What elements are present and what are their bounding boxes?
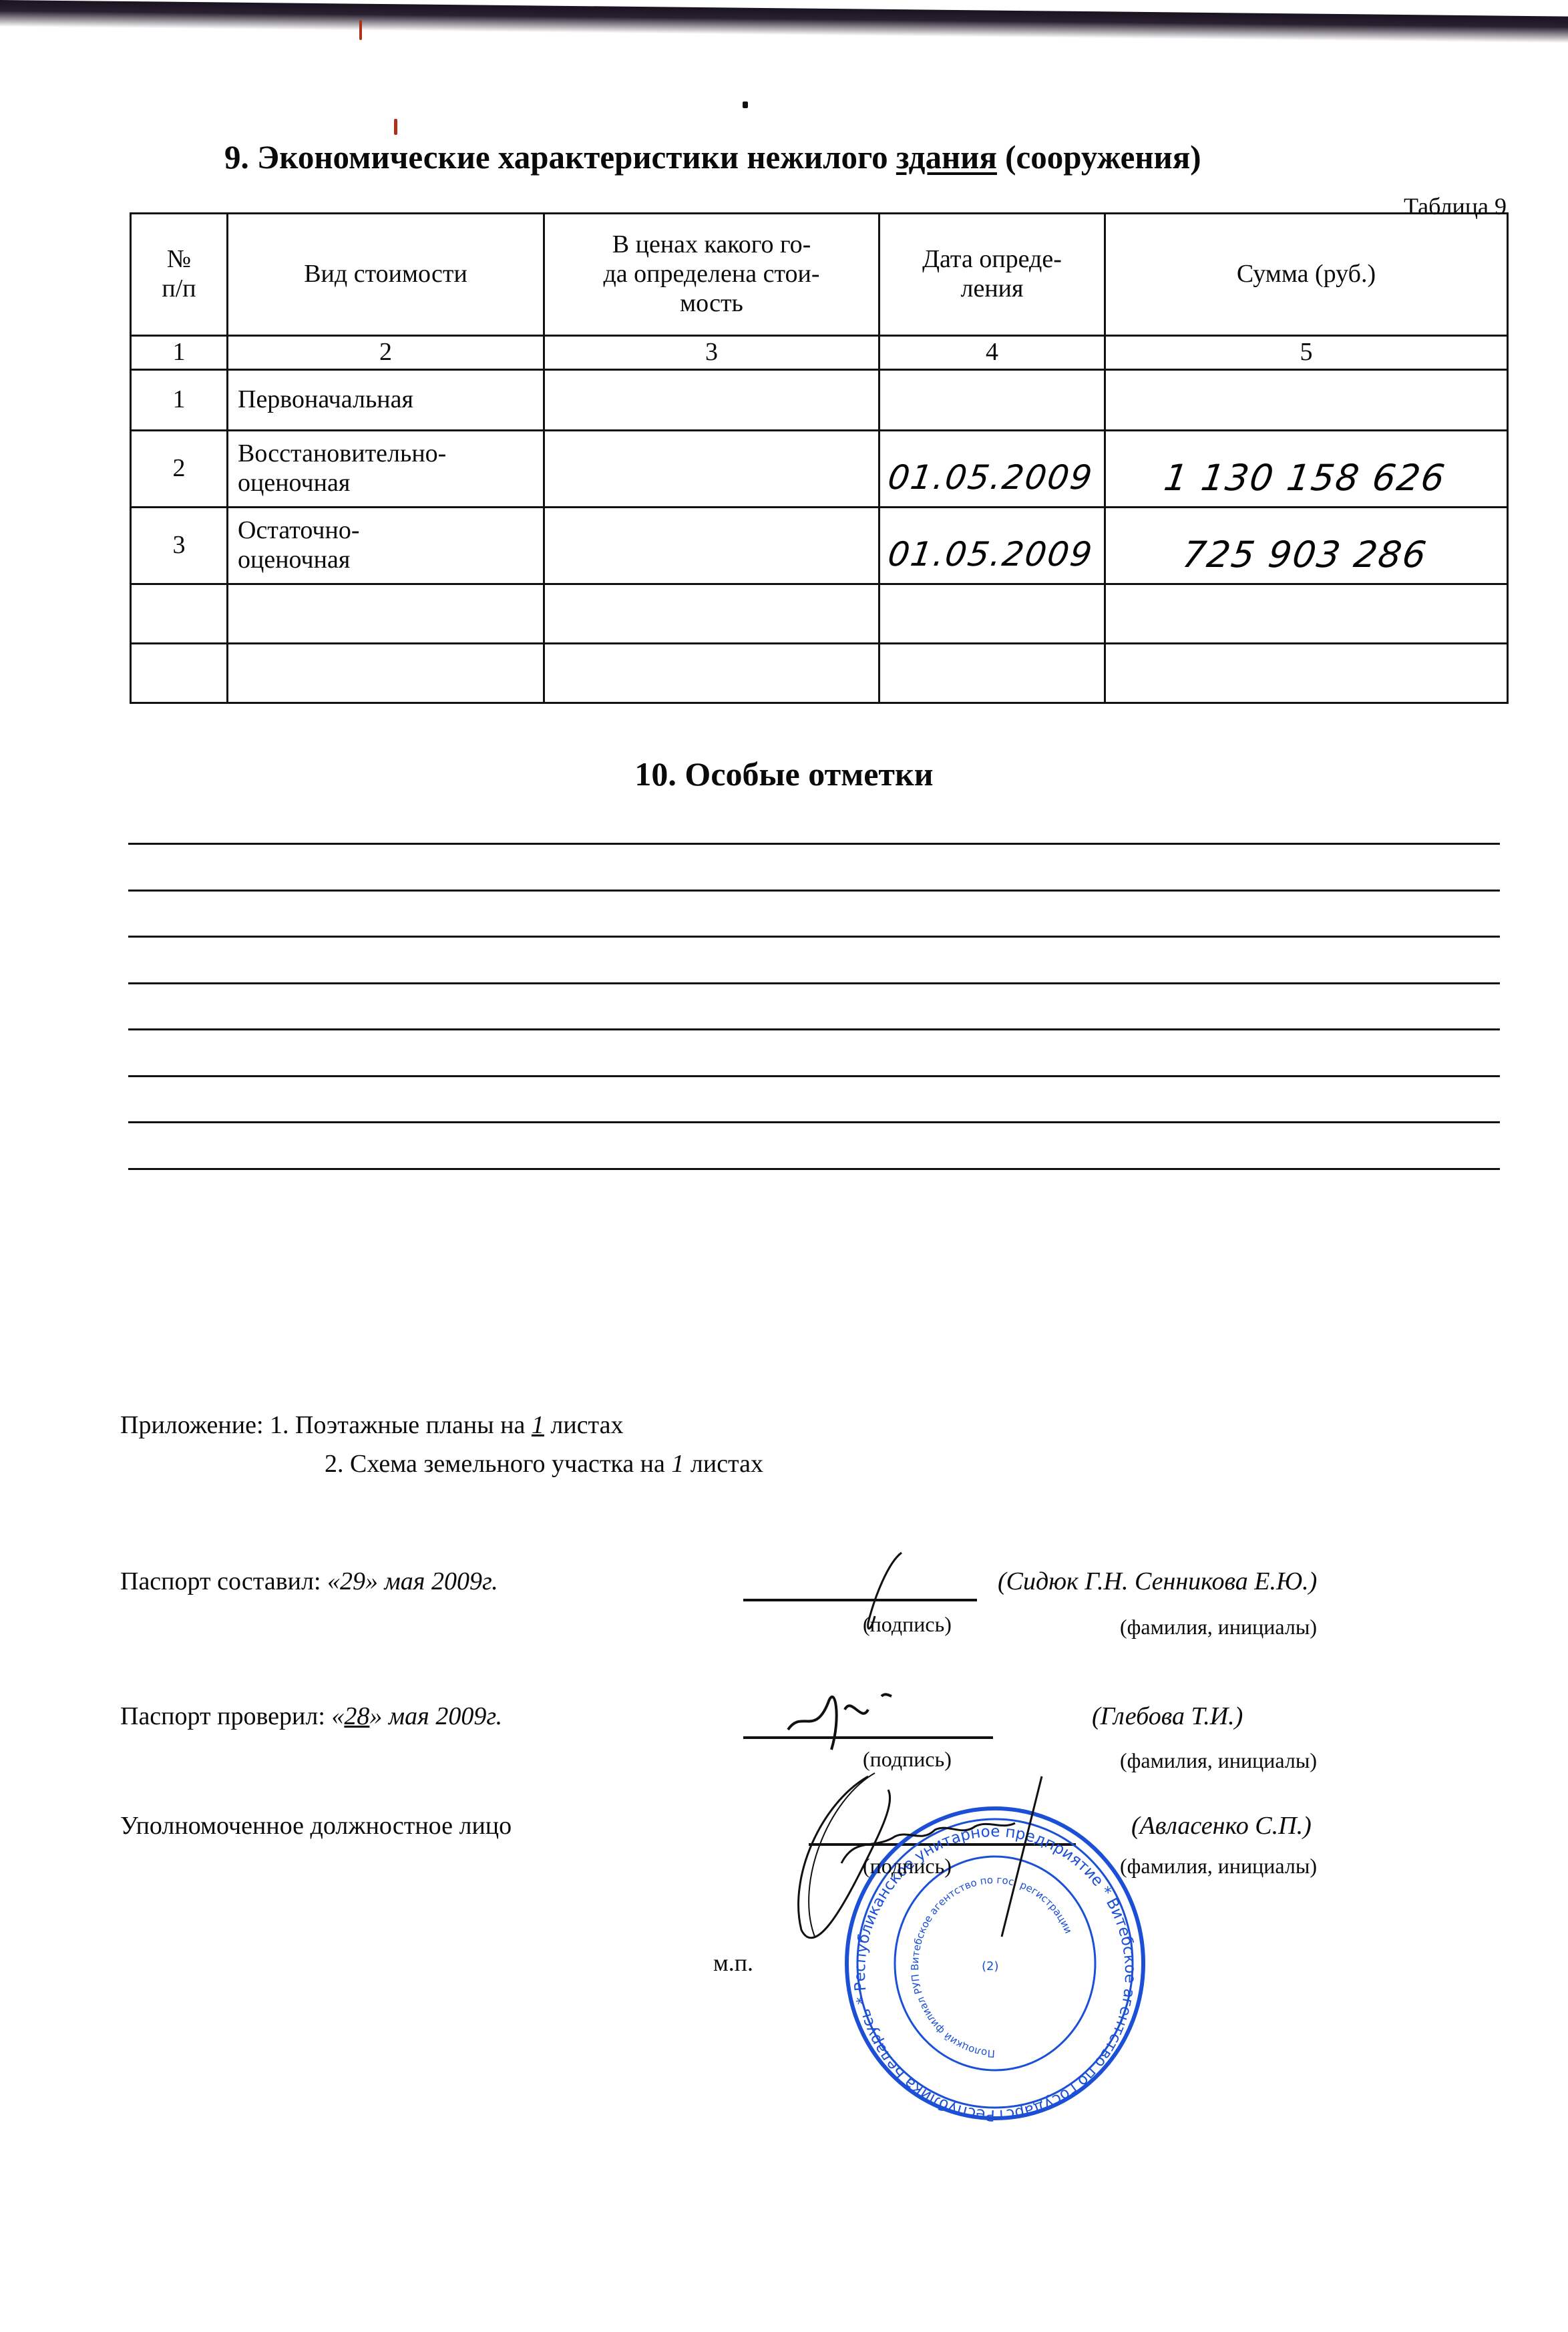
seal-place-label: м.п. bbox=[713, 1949, 753, 1977]
row-sum: 1 130 158 626 bbox=[1105, 431, 1508, 508]
column-number: 1 bbox=[131, 336, 228, 370]
handwritten-date: 01.05.2009 bbox=[886, 440, 1099, 498]
row-year bbox=[544, 584, 879, 644]
title-text: 9. Экономические характеристики нежилого bbox=[224, 138, 896, 176]
header-year: В ценах какого го-да определена стои-мос… bbox=[544, 214, 879, 336]
scan-speck bbox=[743, 102, 748, 108]
table-row: 2 Восстановительно-оценочная 01.05.2009 … bbox=[131, 431, 1508, 508]
appendix-item-2-count: 1 bbox=[671, 1450, 684, 1478]
row-year bbox=[544, 644, 879, 703]
row-date: 01.05.2009 bbox=[879, 431, 1105, 508]
compiled-name: (Сидюк Г.Н. Сенникова Е.Ю.) bbox=[998, 1567, 1317, 1596]
table-row: 1 Первоначальная bbox=[131, 370, 1508, 431]
row-date bbox=[879, 644, 1105, 703]
notes-line bbox=[128, 1168, 1500, 1170]
scan-speck bbox=[359, 20, 362, 40]
scan-speck bbox=[394, 119, 397, 135]
compiled-name-caption: (фамилия, инициалы) bbox=[1120, 1615, 1317, 1639]
notes-line bbox=[128, 982, 1500, 984]
column-number: 2 bbox=[228, 336, 544, 370]
signature-icon bbox=[781, 1676, 902, 1756]
header-date: Дата опреде-ления bbox=[879, 214, 1105, 336]
row-kind: Восстановительно-оценочная bbox=[228, 431, 544, 508]
column-number: 4 bbox=[879, 336, 1105, 370]
appendix-item-1-count: 1 bbox=[532, 1411, 544, 1439]
notes-line bbox=[128, 1121, 1500, 1123]
header-num: №п/п bbox=[131, 214, 228, 336]
title-underlined-word: здания bbox=[896, 138, 997, 176]
checked-name: (Глебова Т.И.) bbox=[1092, 1702, 1243, 1731]
row-year bbox=[544, 431, 879, 508]
appendix-item-1: Приложение: 1. Поэтажные планы на 1 лист… bbox=[120, 1410, 624, 1440]
notes-line bbox=[128, 890, 1500, 892]
row-year bbox=[544, 508, 879, 584]
table-header-row: №п/п Вид стоимости В ценах какого го-да … bbox=[131, 214, 1508, 336]
appendix-item-2: 2. Схема земельного участка на 1 листах bbox=[325, 1449, 763, 1479]
checked-name-caption: (фамилия, инициалы) bbox=[1120, 1748, 1317, 1773]
section-9-title: 9. Экономические характеристики нежилого… bbox=[224, 138, 1389, 176]
row-year bbox=[544, 370, 879, 431]
table-row: 3 Остаточно-оценочная 01.05.2009 725 903… bbox=[131, 508, 1508, 584]
passport-compiled: Паспорт составил: «29» мая 2009г. bbox=[120, 1567, 498, 1596]
checked-day: 28 bbox=[344, 1702, 369, 1730]
row-kind bbox=[228, 644, 544, 703]
row-num bbox=[131, 584, 228, 644]
row-num: 1 bbox=[131, 370, 228, 431]
authorized-name: (Авласенко С.П.) bbox=[1131, 1811, 1312, 1840]
table-row-empty bbox=[131, 584, 1508, 644]
notes-line bbox=[128, 843, 1500, 845]
table-row-empty bbox=[131, 644, 1508, 703]
row-num: 2 bbox=[131, 431, 228, 508]
authorized-person-label: Уполномоченное должностное лицо bbox=[120, 1811, 512, 1840]
handwritten-sum: 1 130 158 626 bbox=[1111, 439, 1502, 499]
authorized-name-caption: (фамилия, инициалы) bbox=[1120, 1854, 1317, 1879]
column-number: 3 bbox=[544, 336, 879, 370]
section-10-title: 10. Особые отметки bbox=[0, 755, 1568, 793]
handwritten-date: 01.05.2009 bbox=[886, 517, 1099, 574]
header-sum: Сумма (руб.) bbox=[1105, 214, 1508, 336]
row-sum bbox=[1105, 644, 1508, 703]
row-num: 3 bbox=[131, 508, 228, 584]
column-number-row: 1 2 3 4 5 bbox=[131, 336, 1508, 370]
row-num bbox=[131, 644, 228, 703]
title-text-suffix: (сооружения) bbox=[997, 138, 1201, 176]
passport-checked: Паспорт проверил: «28» мая 2009г. bbox=[120, 1702, 502, 1731]
compiled-sign-caption: (подпись) bbox=[863, 1612, 952, 1637]
row-sum: 725 903 286 bbox=[1105, 508, 1508, 584]
row-kind bbox=[228, 584, 544, 644]
economic-characteristics-table: №п/п Вид стоимости В ценах какого го-да … bbox=[130, 212, 1509, 704]
compiled-date: «29» мая 2009г. bbox=[327, 1567, 498, 1595]
row-sum bbox=[1105, 584, 1508, 644]
scan-edge-shadow bbox=[0, 0, 1568, 43]
column-number: 5 bbox=[1105, 336, 1508, 370]
row-date bbox=[879, 370, 1105, 431]
row-date: 01.05.2009 bbox=[879, 508, 1105, 584]
handwritten-sum: 725 903 286 bbox=[1111, 516, 1502, 576]
row-kind: Первоначальная bbox=[228, 370, 544, 431]
notes-line bbox=[128, 1075, 1500, 1077]
row-date bbox=[879, 584, 1105, 644]
header-kind: Вид стоимости bbox=[228, 214, 544, 336]
row-sum bbox=[1105, 370, 1508, 431]
authorized-sign-caption: (подпись) bbox=[863, 1854, 952, 1879]
row-kind: Остаточно-оценочная bbox=[228, 508, 544, 584]
notes-line bbox=[128, 1028, 1500, 1030]
notes-line bbox=[128, 936, 1500, 938]
